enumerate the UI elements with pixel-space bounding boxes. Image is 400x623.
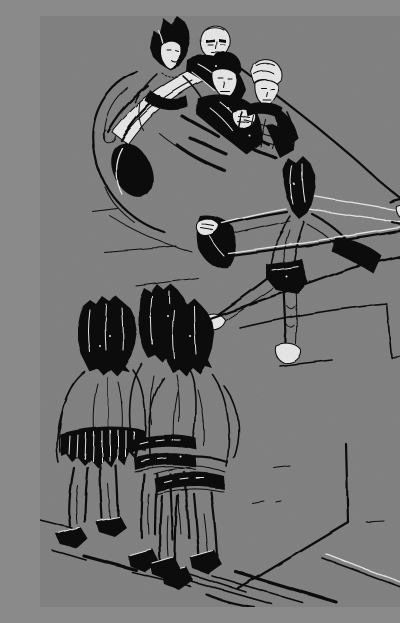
line-art-canvas: Three onlookers watch a long-haired yout… bbox=[40, 16, 400, 607]
paper-grain-overlay bbox=[40, 16, 400, 607]
illustration-panel: Three onlookers watch a long-haired yout… bbox=[40, 16, 400, 607]
